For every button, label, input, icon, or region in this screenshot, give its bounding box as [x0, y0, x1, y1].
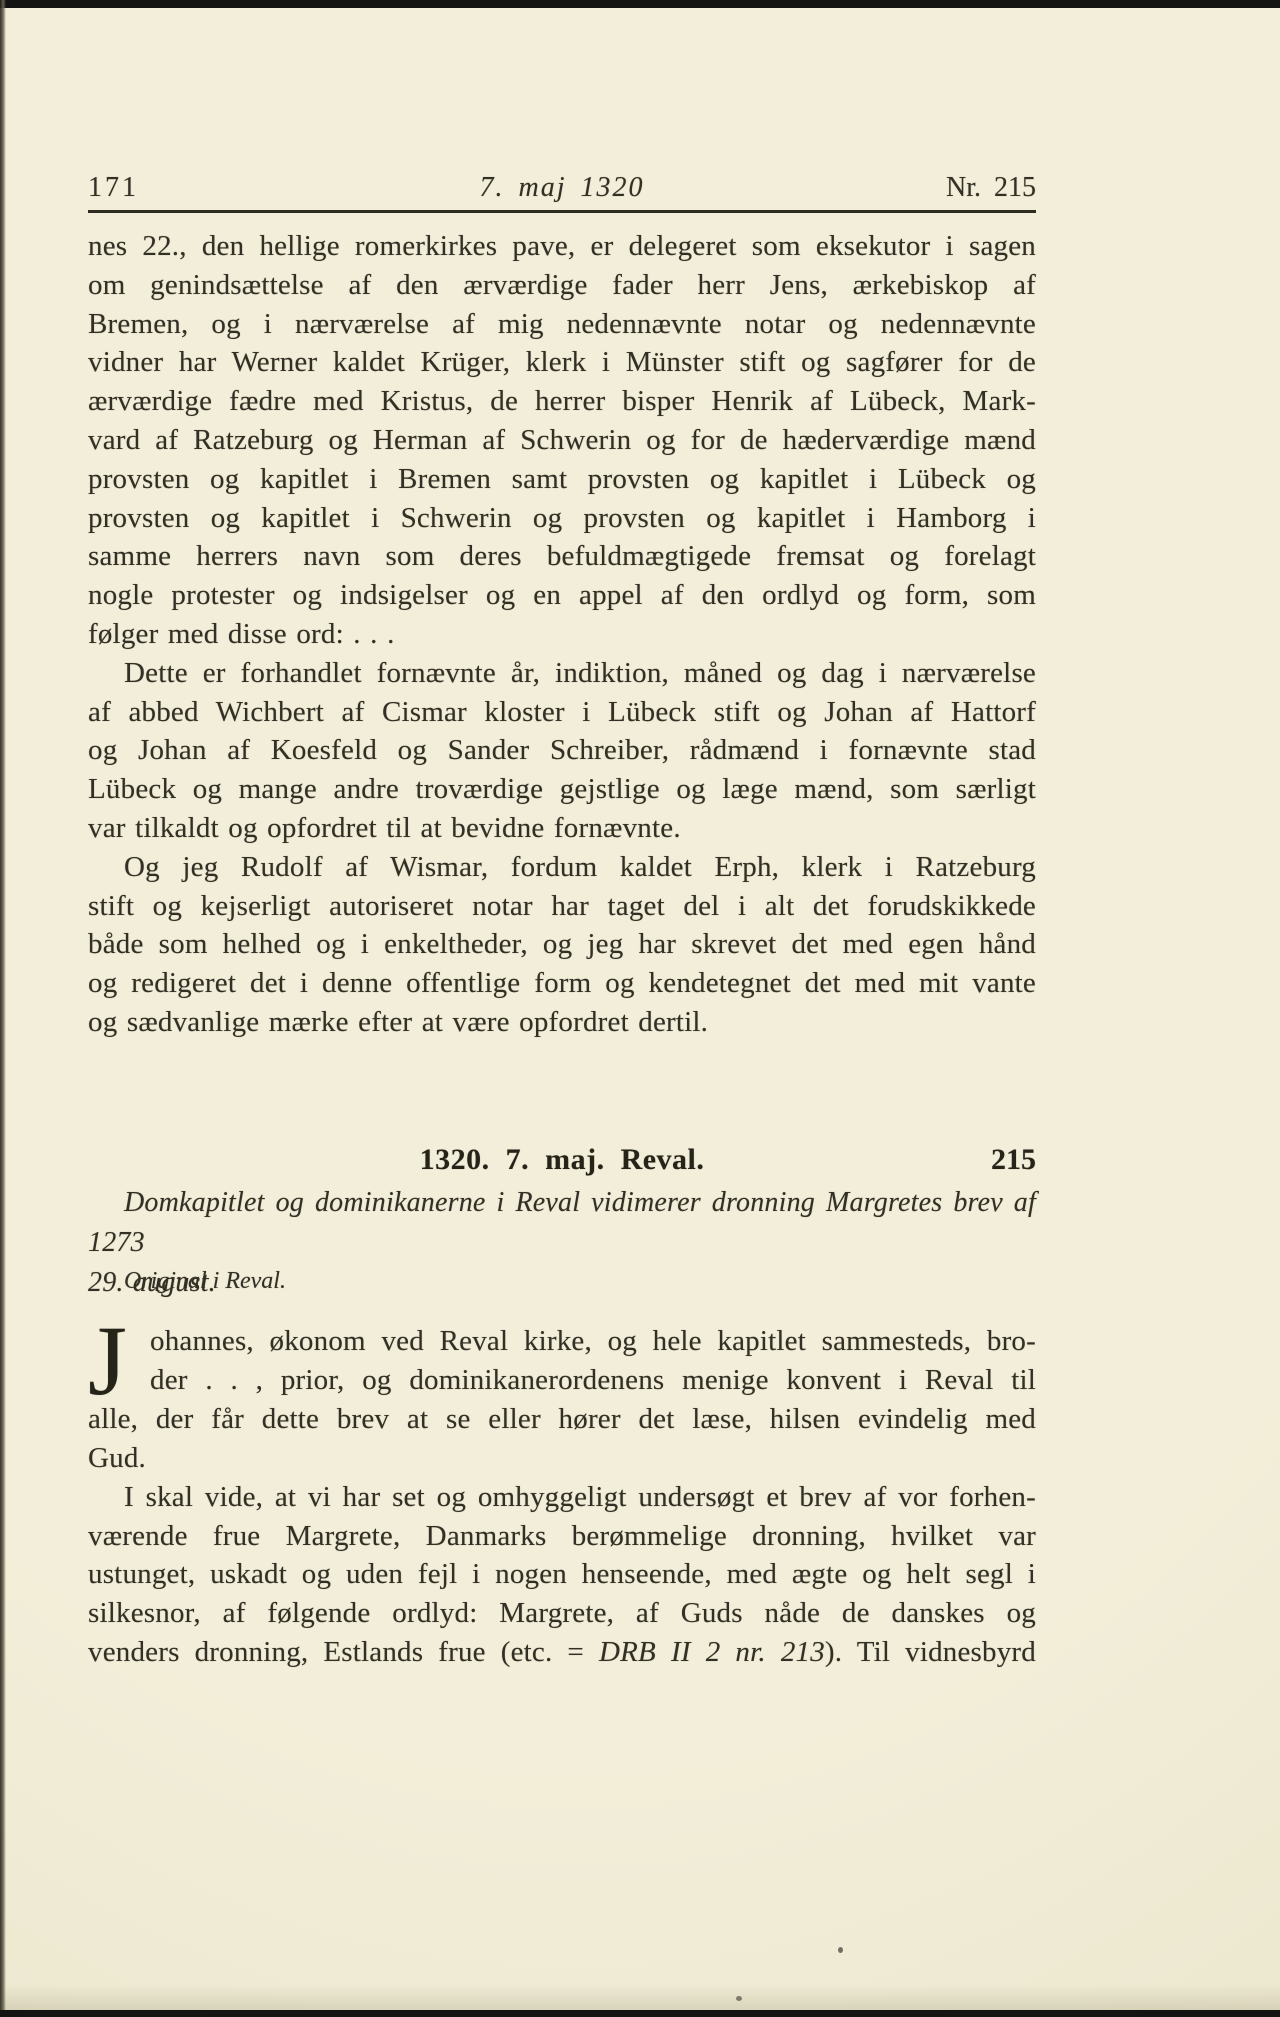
text-line: Gud. [88, 1439, 1036, 1478]
book-page-scan: 171 7. maj 1320 Nr. 215 nes 22., den hel… [0, 0, 1280, 2017]
text-line: Domkapitlet og dominikanerne i Reval vid… [88, 1183, 1036, 1263]
entry-heading: 1320. 7. maj. Reval. 215 [88, 1143, 1036, 1177]
text-line: Og jeg Rudolf af Wismar, fordum kaldet E… [88, 848, 1036, 887]
text-line: nes 22., den hellige romerkirkes pave, e… [88, 227, 1036, 266]
text-line: var tilkaldt og opfordret til at bevidne… [88, 809, 1036, 848]
text-before-reference: venders dronning, Estlands frue (etc. = [88, 1636, 599, 1668]
text-line: vard af Ratzeburg og Herman af Schwerin … [88, 421, 1036, 460]
text-line: nogle protester og indsigelser og en app… [88, 576, 1036, 615]
text-line: samme herrers navn som deres befuldmægti… [88, 537, 1036, 576]
text-line: Lübeck og mange andre troværdige gejstli… [88, 770, 1036, 809]
text-line: provsten og kapitlet i Bremen samt provs… [88, 460, 1036, 499]
scan-edge-left [0, 0, 6, 2017]
text-line: Dette er forhandlet fornævnte år, indikt… [88, 654, 1036, 693]
entry-date-place: 1320. 7. maj. Reval. [88, 1143, 1036, 1177]
paragraph-lines: ohannes, økonom ved Reval kirke, og hele… [88, 1322, 1036, 1478]
text-line: venders dronning, Estlands frue (etc. = … [88, 1633, 1036, 1672]
text-line: alle, der får dette brev at se eller hør… [88, 1400, 1036, 1439]
paragraph-lines: I skal vide, at vi har set og omhyggelig… [88, 1478, 1036, 1634]
source-note: Original i Reval. [88, 1268, 1036, 1295]
text-line: ohannes, økonom ved Reval kirke, og hele… [88, 1322, 1036, 1361]
text-line: stift og kejserligt autoriseret notar ha… [88, 887, 1036, 926]
scan-edge-bottom [0, 2010, 1280, 2017]
text-line: Bremen, og i nærværelse af mig nedennævn… [88, 305, 1036, 344]
ink-speck [736, 1996, 742, 2001]
entry-number: 215 [991, 1143, 1036, 1177]
text-line: og redigeret det i denne offentlige form… [88, 964, 1036, 1003]
letter-body-paragraph: I skal vide, at vi har set og omhyggelig… [88, 1478, 1036, 1673]
text-line: ustunget, uskadt og uden fejl i nogen he… [88, 1555, 1036, 1594]
continuation-text: nes 22., den hellige romerkirkes pave, e… [88, 227, 1036, 1042]
running-title: 7. maj 1320 [88, 172, 1036, 204]
text-line: provsten og kapitlet i Schwerin og provs… [88, 499, 1036, 538]
text-line: ærværdige fædre med Kristus, de herrer b… [88, 382, 1036, 421]
letter-text: J ohannes, økonom ved Reval kirke, og he… [88, 1322, 1036, 1672]
text-line: der . . , prior, og dominikanerordenens … [88, 1361, 1036, 1400]
text-line: og Johan af Koesfeld og Sander Schreiber… [88, 731, 1036, 770]
paragraph: Og jeg Rudolf af Wismar, fordum kaldet E… [88, 848, 1036, 1042]
page-curve-shadow [0, 1984, 1280, 2010]
text-line: silkesnor, af følgende ordlyd: Margrete,… [88, 1594, 1036, 1633]
text-line: både som helhed og i enkeltheder, og jeg… [88, 925, 1036, 964]
drb-reference: DRB II 2 nr. 213 [599, 1636, 825, 1668]
text-line: vidner har Werner kaldet Krüger, klerk i… [88, 343, 1036, 382]
letter-opening-paragraph: J ohannes, økonom ved Reval kirke, og he… [88, 1322, 1036, 1478]
paragraph: Dette er forhandlet fornævnte år, indikt… [88, 654, 1036, 848]
document-number-header: Nr. 215 [946, 172, 1036, 204]
dropcap-initial: J [88, 1322, 150, 1399]
ink-speck [838, 1947, 843, 1953]
text-line: I skal vide, at vi har set og omhyggelig… [88, 1478, 1036, 1517]
scan-edge-top [0, 0, 1280, 8]
page-header: 171 7. maj 1320 Nr. 215 [88, 168, 1036, 204]
text-line: om genindsættelse af den ærværdige fader… [88, 266, 1036, 305]
text-line: og sædvanlige mærke efter at være opford… [88, 1003, 1036, 1042]
text-after-reference: ). Til vidnesbyrd [825, 1636, 1036, 1668]
text-line: følger med disse ord: . . . [88, 615, 1036, 654]
paragraph: nes 22., den hellige romerkirkes pave, e… [88, 227, 1036, 654]
text-line: af abbed Wichbert af Cismar kloster i Lü… [88, 693, 1036, 732]
text-line: værende frue Margrete, Danmarks berømmel… [88, 1517, 1036, 1556]
header-rule [88, 210, 1036, 213]
